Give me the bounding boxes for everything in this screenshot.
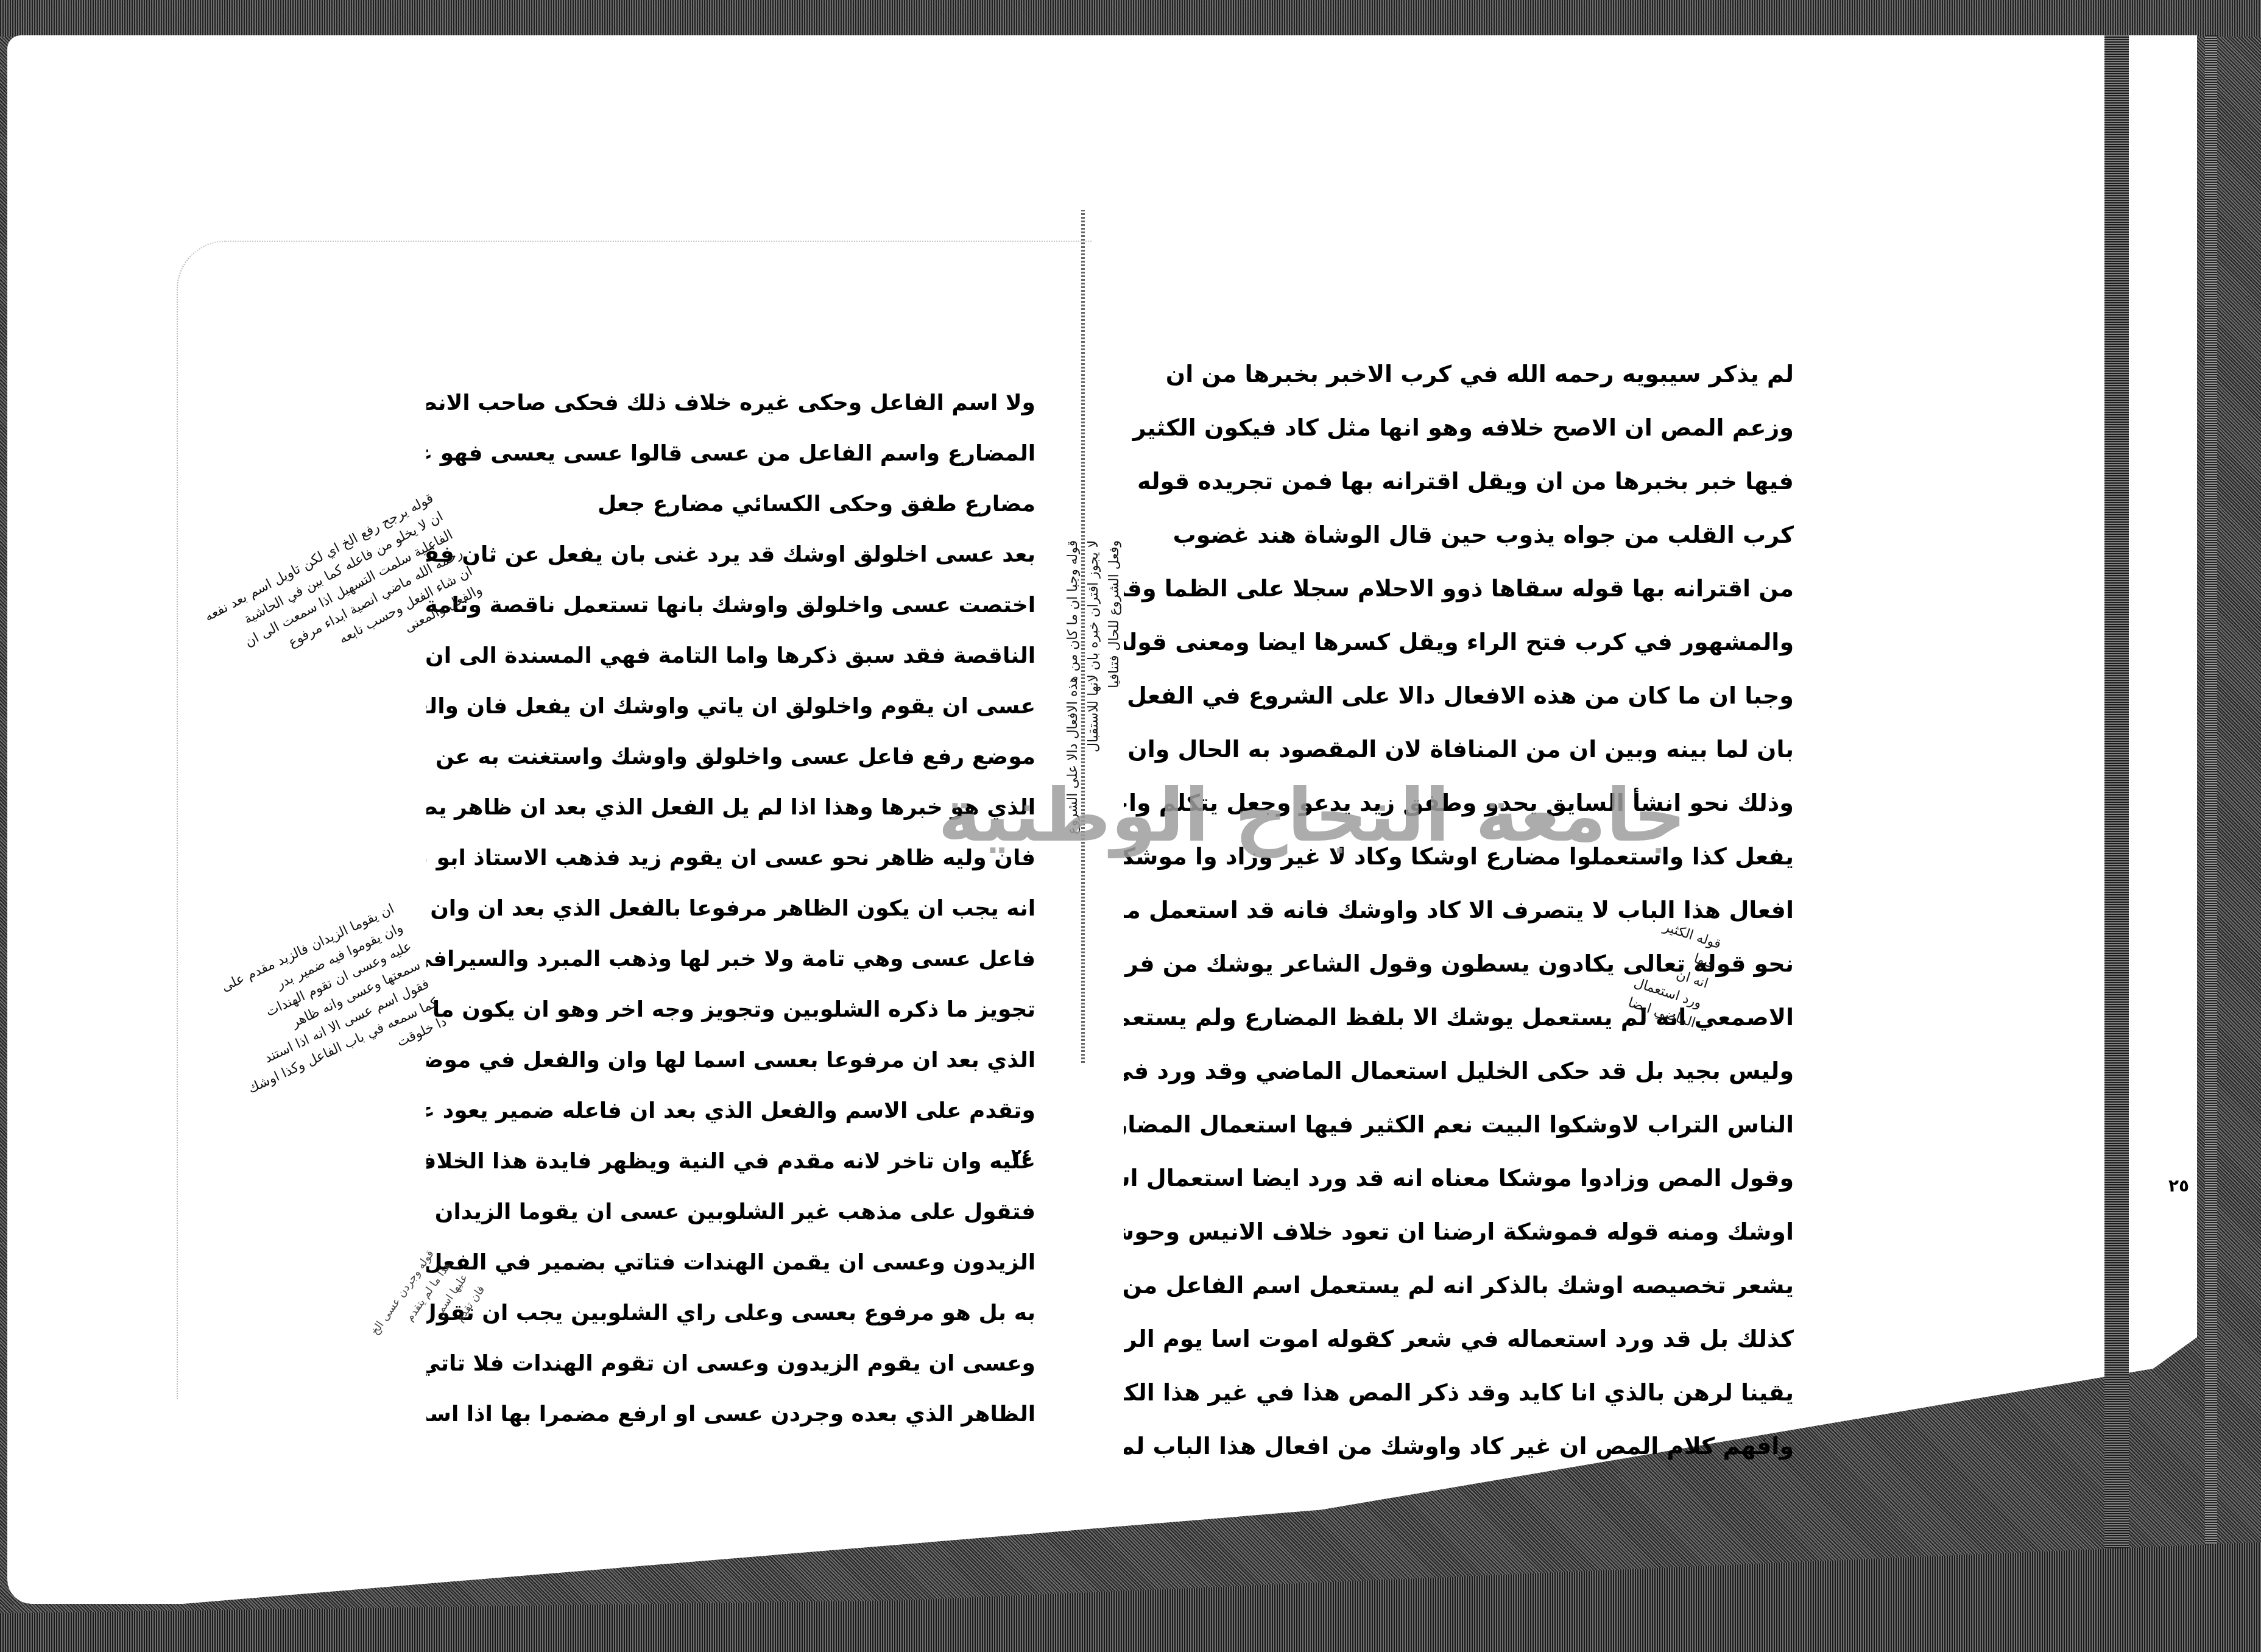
text-line: وجبا ان ما كان من هذه الافعال دالا على ا… [1124,669,1794,722]
page-number-left: ٢٤ [1011,1145,1032,1165]
text-line: والمشهور في كرب فتح الراء ويقل كسرها ايض… [1124,615,1794,669]
text-line: اوشك ومنه قوله فموشكة ارضنا ان تعود خلاف… [1124,1205,1794,1258]
text-line: بعد عسى اخلولق اوشك قد يرد غنى بان يفعل … [426,529,1035,580]
text-line: فيها خبر بخبرها من ان ويقل اقترانه بها ف… [1124,454,1794,508]
text-line: الزيدون وعسى ان يقمن الهندات فتاتي بضمير… [426,1237,1035,1288]
right-binding-edge [2104,35,2129,1619]
scan-top-edge [0,0,2261,37]
text-line: عليه وان تاخر لانه مقدم في النية ويظهر ف… [426,1136,1035,1187]
text-line: وتقدم على الاسم والفعل الذي بعد ان فاعله… [426,1085,1035,1136]
page-number-right: ٢٥ [2168,1176,2189,1196]
text-line: وعسى ان يقوم الزيدون وعسى ان تقوم الهندا… [426,1338,1035,1389]
university-watermark: جامعة النجاح الوطنية [938,774,1686,858]
text-line: الناقصة فقد سبق ذكرها واما التامة فهي ال… [426,630,1035,681]
text-line: وافهم كلام المص ان غير كاد واوشك من افعا… [1124,1419,1794,1473]
text-line: الذي بعد ان مرفوعا بعسى اسما لها وان وال… [426,1035,1035,1085]
text-line: فتقول على مذهب غير الشلوبين عسى ان يقوما… [426,1187,1035,1237]
text-line: الناس التراب لاوشكوا البيت نعم الكثير في… [1124,1098,1794,1151]
text-line: يقينا لرهن بالذي انا كايد وقد ذكر المص ه… [1124,1366,1794,1419]
text-line: وقول المص وزادوا موشكا معناه انه قد ورد … [1124,1151,1794,1205]
text-line: كذلك بل قد ورد استعماله في شعر كقوله امو… [1124,1312,1794,1366]
text-line: لم يذكر سيبويه رحمه الله في كرب الاخبر ب… [1124,347,1794,401]
text-line: ولا اسم الفاعل وحكى غيره خلاف ذلك فحكى ص… [426,378,1035,428]
text-line: مضارع طفق وحكى الكسائي مضارع جعل [426,479,1035,529]
text-line: بان لما بينه وبين ان من المنافاة لان الم… [1124,722,1794,776]
text-line: يشعر تخصيصه اوشك بالذكر انه لم يستعمل اس… [1124,1258,1794,1312]
text-line: الظاهر الذي بعده وجردن عسى او ارفع مضمرا… [426,1389,1035,1439]
text-line: فاعل عسى وهي تامة ولا خبر لها وذهب المبر… [426,934,1035,984]
text-line: كرب القلب من جواه يذوب حين قال الوشاة هن… [1124,508,1794,562]
text-line: وزعم المص ان الاصح خلافه وهو انها مثل كا… [1124,401,1794,454]
left-page-text: ولا اسم الفاعل وحكى غيره خلاف ذلك فحكى ص… [426,378,1035,1439]
text-line: وليس بجيد بل قد حكى الخليل استعمال الماض… [1124,1044,1794,1098]
text-line: به بل هو مرفوع بعسى وعلى راي الشلوبين يج… [426,1288,1035,1338]
text-line: اختصت عسى واخلولق واوشك بانها تستعمل ناق… [426,580,1035,630]
right-page-text: لم يذكر سيبويه رحمه الله في كرب الاخبر ب… [1124,347,1794,1473]
text-line: انه يجب ان يكون الظاهر مرفوعا بالفعل الذ… [426,883,1035,934]
right-scan-strip [2205,35,2217,1650]
text-line: تجويز ما ذكره الشلوبين وتجويز وجه اخر وه… [426,984,1035,1035]
text-line: عسى ان يقوم واخلولق ان ياتي واوشك ان يفع… [426,681,1035,732]
text-line: المضارع واسم الفاعل من عسى قالوا عسى يعس… [426,428,1035,479]
text-line: من اقترانه بها قوله سقاها ذوو الاحلام سج… [1124,562,1794,615]
